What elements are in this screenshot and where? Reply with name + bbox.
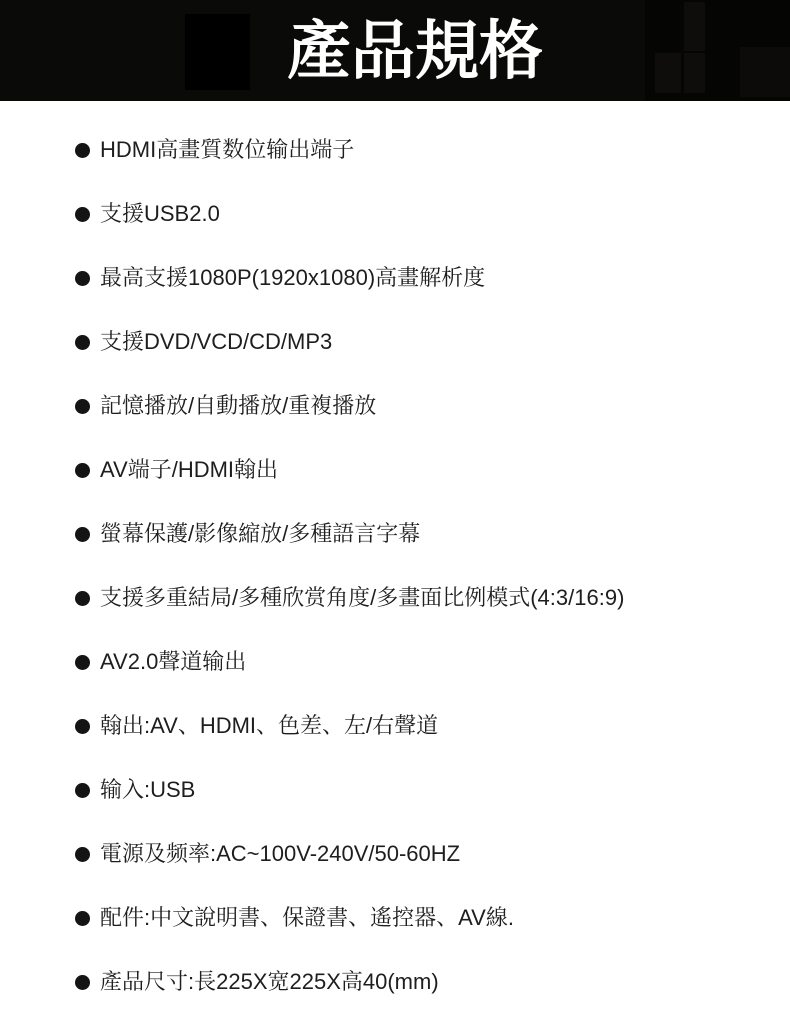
- spec-item: 支援USB2.0: [75, 201, 770, 227]
- bullet-icon: [75, 271, 90, 286]
- spec-item: 最高支援1080P(1920x1080)高畫解析度: [75, 265, 770, 291]
- bullet-icon: [75, 207, 90, 222]
- bullet-icon: [75, 847, 90, 862]
- banner-artifact-patch: [684, 53, 705, 93]
- spec-list: HDMI高畫質数位输出端子 支援USB2.0 最高支援1080P(1920x10…: [0, 101, 790, 995]
- spec-item-text: 螢幕保護/影像縮放/多種語言字幕: [100, 521, 420, 547]
- spec-item: 螢幕保護/影像縮放/多種語言字幕: [75, 521, 770, 547]
- spec-item: 電源及频率:AC~100V-240V/50-60HZ: [75, 841, 770, 867]
- banner-artifact-patch: [740, 47, 790, 97]
- banner-artifact-patch: [684, 2, 705, 51]
- spec-item: 支援多重結局/多種欣赏角度/多畫面比例模式(4:3/16:9): [75, 585, 770, 611]
- spec-item: 输入:USB: [75, 777, 770, 803]
- spec-item-text: 翰出:AV、HDMI、色差、左/右聲道: [100, 713, 438, 739]
- spec-item: HDMI高畫質数位输出端子: [75, 137, 770, 163]
- spec-item: 記憶播放/自動播放/重複播放: [75, 393, 770, 419]
- bullet-icon: [75, 911, 90, 926]
- spec-item: 配件:中文說明書、保證書、遙控器、AV線.: [75, 905, 770, 931]
- spec-item: 產品尺寸:長225X宽225X高40(mm): [75, 969, 770, 995]
- spec-item-text: 支援多重結局/多種欣赏角度/多畫面比例模式(4:3/16:9): [100, 585, 624, 611]
- spec-item-text: 記憶播放/自動播放/重複播放: [100, 393, 376, 419]
- spec-item-text: AV2.0聲道输出: [100, 649, 246, 675]
- spec-item-text: 最高支援1080P(1920x1080)高畫解析度: [100, 265, 485, 291]
- spec-item-text: 支援DVD/VCD/CD/MP3: [100, 329, 332, 355]
- bullet-icon: [75, 143, 90, 158]
- banner-artifact-patch: [185, 14, 250, 90]
- bullet-icon: [75, 591, 90, 606]
- spec-item-text: 支援USB2.0: [100, 201, 220, 227]
- bullet-icon: [75, 719, 90, 734]
- spec-item-text: 配件:中文說明書、保證書、遙控器、AV線.: [100, 905, 514, 931]
- bullet-icon: [75, 655, 90, 670]
- product-spec-page: 產品規格 HDMI高畫質数位输出端子 支援USB2.0 最高支援1080P(19…: [0, 0, 790, 1031]
- spec-item: 翰出:AV、HDMI、色差、左/右聲道: [75, 713, 770, 739]
- spec-item: AV2.0聲道输出: [75, 649, 770, 675]
- bullet-icon: [75, 783, 90, 798]
- bullet-icon: [75, 527, 90, 542]
- header-banner: 產品規格: [0, 0, 790, 101]
- spec-item-text: 输入:USB: [100, 777, 195, 803]
- bullet-icon: [75, 975, 90, 990]
- banner-artifact-patch: [655, 53, 681, 93]
- spec-item-text: 電源及频率:AC~100V-240V/50-60HZ: [100, 841, 460, 867]
- spec-item-text: 產品尺寸:長225X宽225X高40(mm): [100, 969, 439, 995]
- bullet-icon: [75, 463, 90, 478]
- bullet-icon: [75, 399, 90, 414]
- page-title: 產品規格: [287, 19, 543, 83]
- spec-item: AV端子/HDMI翰出: [75, 457, 770, 483]
- spec-item: 支援DVD/VCD/CD/MP3: [75, 329, 770, 355]
- spec-item-text: AV端子/HDMI翰出: [100, 457, 278, 483]
- bullet-icon: [75, 335, 90, 350]
- spec-item-text: HDMI高畫質数位输出端子: [100, 137, 354, 163]
